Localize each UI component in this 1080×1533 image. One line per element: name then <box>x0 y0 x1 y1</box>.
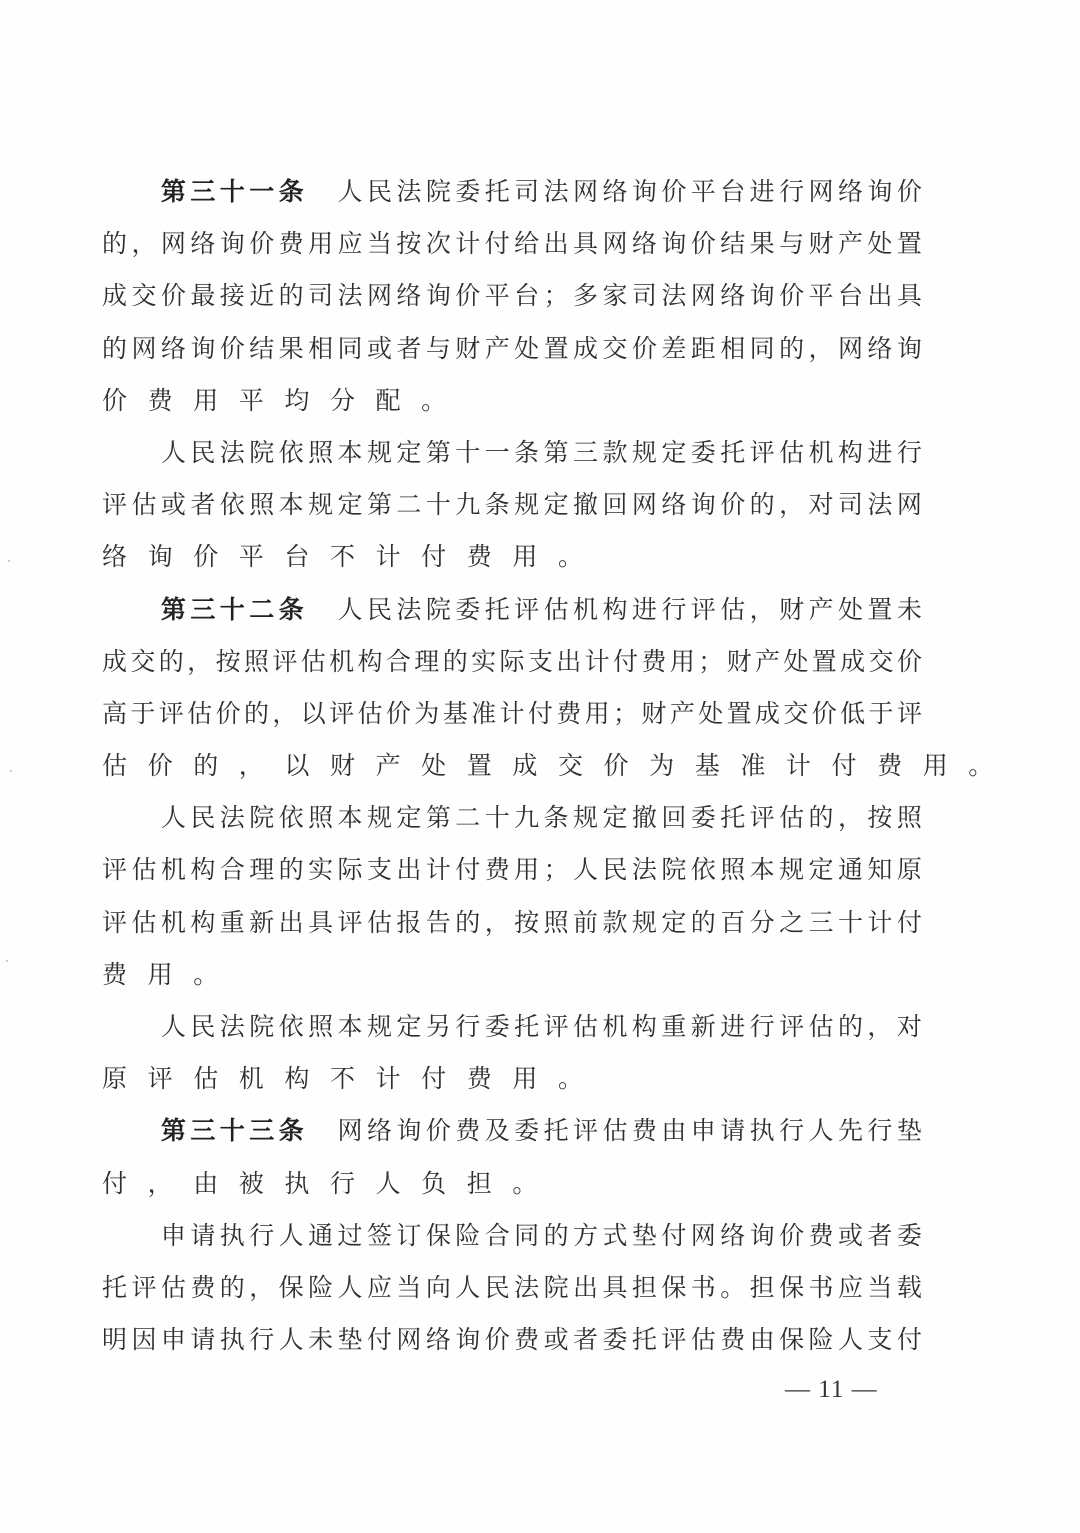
text-line: 的，网络询价费用应当按次计付给出具网络询价结果与财产处置 <box>102 218 922 270</box>
text-line: 估价的，以财产处置成交价为基准计付费用。 <box>102 740 922 792</box>
document-body: 第三十一条 人民法院委托司法网络询价平台进行网络询价的，网络询价费用应当按次计付… <box>102 166 922 1366</box>
text-line: 明因申请执行人未垫付网络询价费或者委托评估费由保险人支付 <box>102 1314 922 1366</box>
text-line: 第三十一条 人民法院委托司法网络询价平台进行网络询价 <box>102 166 922 218</box>
scan-speck <box>6 960 8 962</box>
document-page: 第三十一条 人民法院委托司法网络询价平台进行网络询价的，网络询价费用应当按次计付… <box>0 0 1080 1533</box>
text-line: 成交价最接近的司法网络询价平台；多家司法网络询价平台出具 <box>102 270 922 322</box>
text-line: 原评估机构不计付费用。 <box>102 1053 922 1105</box>
text-line: 络询价平台不计付费用。 <box>102 531 922 583</box>
text-line: 评估机构合理的实际支出计付费用；人民法院依照本规定通知原 <box>102 844 922 896</box>
text-line: 评估机构重新出具评估报告的，按照前款规定的百分之三十计付 <box>102 897 922 949</box>
text-line: 成交的，按照评估机构合理的实际支出计付费用；财产处置成交价 <box>102 636 922 688</box>
page-number: — 11 — <box>785 1376 878 1404</box>
scan-speck <box>10 770 12 772</box>
text-line: 托评估费的，保险人应当向人民法院出具担保书。担保书应当载 <box>102 1262 922 1314</box>
text-line: 人民法院依照本规定另行委托评估机构重新进行评估的，对 <box>102 1001 922 1053</box>
text-line: 的网络询价结果相同或者与财产处置成交价差距相同的，网络询 <box>102 323 922 375</box>
text-line: 第三十三条 网络询价费及委托评估费由申请执行人先行垫 <box>102 1105 922 1157</box>
text-line: 申请执行人通过签订保险合同的方式垫付网络询价费或者委 <box>102 1210 922 1262</box>
text-line: 高于评估价的，以评估价为基准计付费用；财产处置成交价低于评 <box>102 688 922 740</box>
text-line: 价费用平均分配。 <box>102 375 922 427</box>
text-line: 人民法院依照本规定第十一条第三款规定委托评估机构进行 <box>102 427 922 479</box>
scan-speck <box>8 560 10 562</box>
text-line: 评估或者依照本规定第二十九条规定撤回网络询价的，对司法网 <box>102 479 922 531</box>
text-line: 人民法院依照本规定第二十九条规定撤回委托评估的，按照 <box>102 792 922 844</box>
text-line: 费用。 <box>102 949 922 1001</box>
text-line: 付，由被执行人负担。 <box>102 1158 922 1210</box>
text-line: 第三十二条 人民法院委托评估机构进行评估，财产处置未 <box>102 584 922 636</box>
